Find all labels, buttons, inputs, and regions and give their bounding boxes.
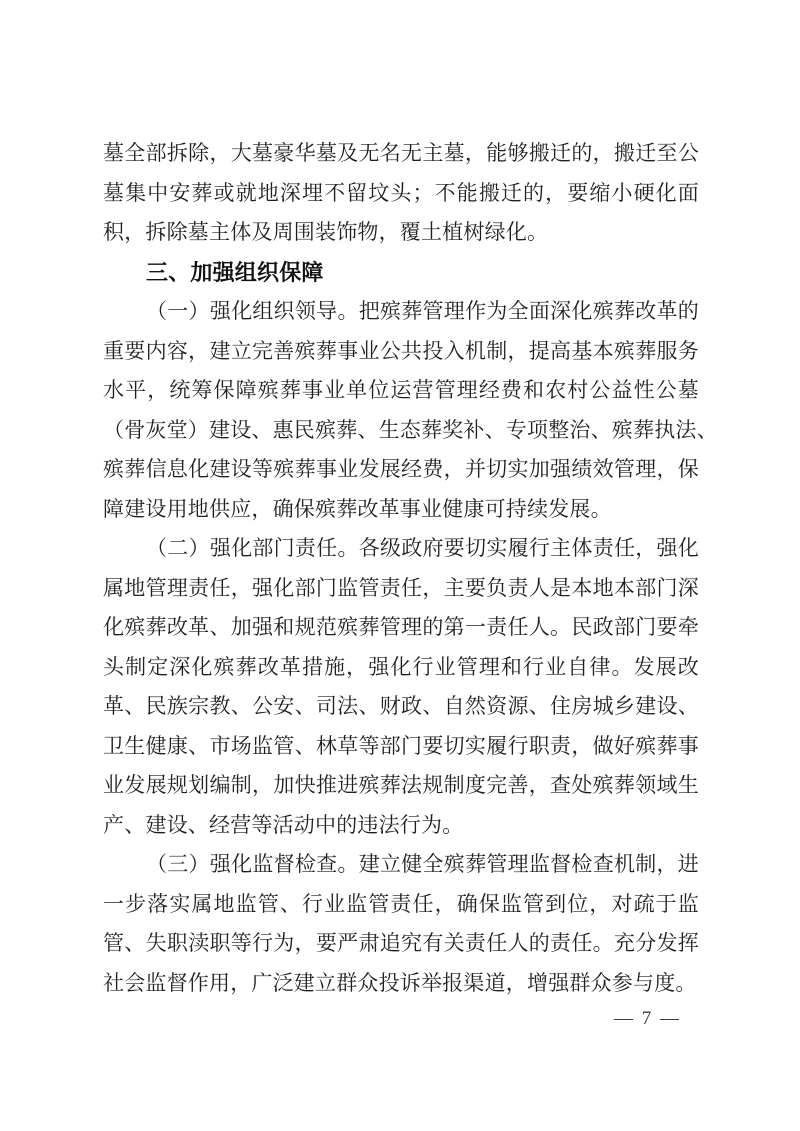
body-text-line: （骨灰堂）建设、惠民殡葬、生态葬奖补、专项整治、殡葬执法、 — [103, 411, 699, 451]
body-text-line: 管、失职渎职等行为，要严肃追究有关责任人的责任。充分发挥 — [103, 924, 699, 964]
body-text-line: 重要内容，建立完善殡葬事业公共投入机制，提高基本殡葬服务 — [103, 332, 699, 372]
body-text-line: 革、民族宗教、公安、司法、财政、自然资源、住房城乡建设、 — [103, 687, 699, 727]
body-text-line: 一步落实属地监管、行业监管责任，确保监管到位，对疏于监 — [103, 885, 699, 925]
body-text-line: 社会监督作用，广泛建立群众投诉举报渠道，增强群众参与度。 — [103, 964, 699, 1004]
body-text-line: 属地管理责任，强化部门监管责任，主要负责人是本地本部门深 — [103, 569, 699, 609]
body-text-line: 业发展规划编制，加快推进殡葬法规制度完善，查处殡葬领域生 — [103, 766, 699, 806]
document-body: 墓全部拆除，大墓豪华墓及无名无主墓，能够搬迁的，搬迁至公 墓集中安葬或就地深埋不… — [103, 134, 699, 1003]
body-text-line: 障建设用地供应，确保殡葬改革事业健康可持续发展。 — [103, 490, 699, 530]
body-text-line: 化殡葬改革、加强和规范殡葬管理的第一责任人。民政部门要牵 — [103, 608, 699, 648]
body-text-line: 墓全部拆除，大墓豪华墓及无名无主墓，能够搬迁的，搬迁至公 — [103, 134, 699, 174]
body-text-line: 墓集中安葬或就地深埋不留坟头；不能搬迁的，要缩小硬化面 — [103, 174, 699, 214]
body-text-line: （三）强化监督检查。建立健全殡葬管理监督检查机制，进 — [103, 845, 699, 885]
body-text-line: 产、建设、经营等活动中的违法行为。 — [103, 806, 699, 846]
body-text-line: 殡葬信息化建设等殡葬事业发展经费，并切实加强绩效管理，保 — [103, 450, 699, 490]
document-page: 墓全部拆除，大墓豪华墓及无名无主墓，能够搬迁的，搬迁至公 墓集中安葬或就地深埋不… — [0, 0, 800, 1131]
body-text-line: 积，拆除墓主体及周围装饰物，覆土植树绿化。 — [103, 213, 699, 253]
body-text-line: 头制定深化殡葬改革措施，强化行业管理和行业自律。发展改 — [103, 648, 699, 688]
section-heading: 三、加强组织保障 — [103, 253, 699, 293]
body-text-line: 水平，统筹保障殡葬事业单位运营管理经费和农村公益性公墓 — [103, 371, 699, 411]
body-text-line: （二）强化部门责任。各级政府要切实履行主体责任，强化 — [103, 529, 699, 569]
body-text-line: （一）强化组织领导。把殡葬管理作为全面深化殡葬改革的 — [103, 292, 699, 332]
page-number: — 7 — — [555, 1003, 740, 1035]
body-text-line: 卫生健康、市场监管、林草等部门要切实履行职责，做好殡葬事 — [103, 727, 699, 767]
